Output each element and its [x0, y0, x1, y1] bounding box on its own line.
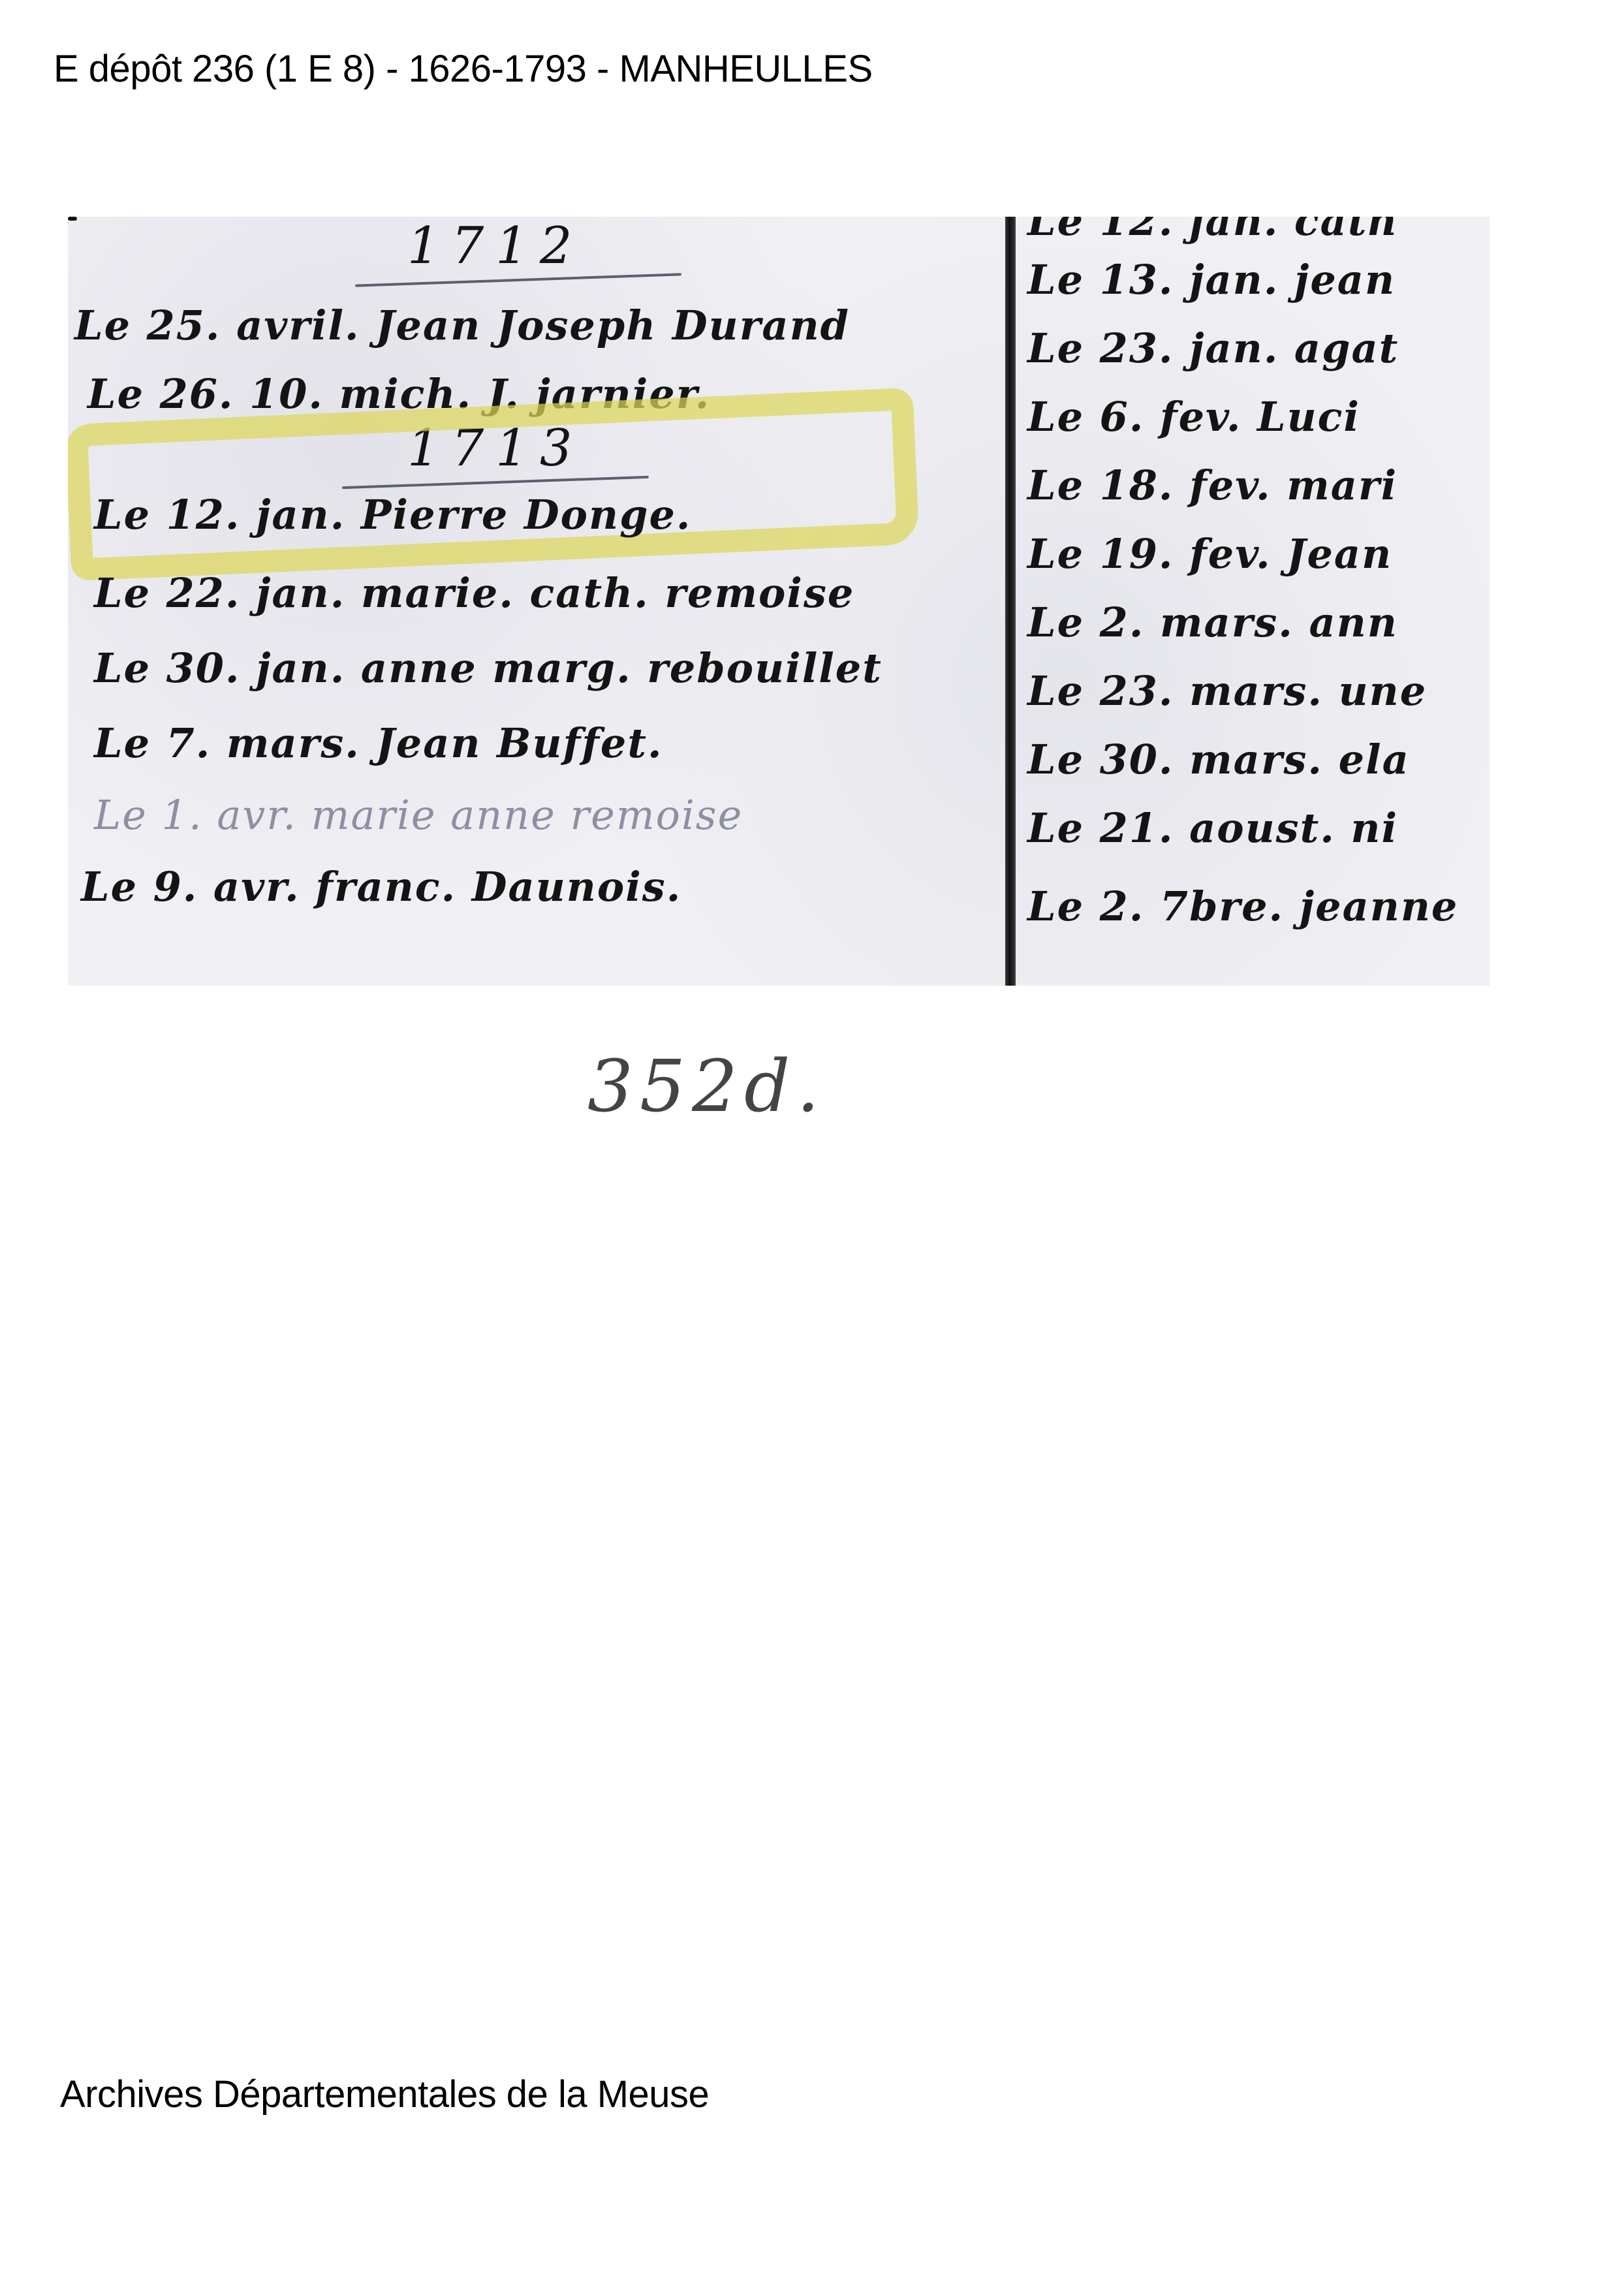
register-entry: Le 2. mars. ann: [1027, 599, 1398, 646]
register-entry: Le 6. fev. Luci: [1027, 393, 1360, 441]
highlighted-register-entry: Le 12. jan. Pierre Donge.: [94, 491, 692, 539]
register-entry: Le 7. mars. Jean Buffet.: [94, 719, 663, 767]
register-left-column: 1712 Le 25. avril. Jean Joseph Durand Le…: [68, 217, 1001, 986]
register-entry: Le 23. jan. agat: [1027, 324, 1399, 372]
register-entry: Le 2. 7bre. jeanne: [1027, 883, 1458, 930]
register-entry: Le 18. fev. mari: [1027, 461, 1398, 509]
register-entry: Le 30. jan. anne marg. rebouillet: [94, 644, 882, 692]
register-entry: Le 12. jan. cath: [1027, 217, 1399, 245]
register-entry: Le 9. avr. franc. Daunois.: [81, 863, 681, 911]
archive-footer: Archives Départementales de la Meuse: [60, 2072, 709, 2116]
register-entry: Le 21. aoust. ni: [1027, 804, 1398, 852]
register-scan-image: 1712 Le 25. avril. Jean Joseph Durand Le…: [68, 217, 1490, 986]
register-entry: Le 19. fev. Jean: [1027, 530, 1392, 578]
register-entry: Le 1. avr. marie anne remoise: [94, 791, 743, 839]
register-right-column: Le 12. jan. cath Le 13. jan. jean Le 23.…: [1021, 217, 1490, 986]
register-entry: Le 25. avril. Jean Joseph Durand: [74, 302, 850, 349]
year-heading-1712: 1712: [407, 217, 584, 275]
pencil-annotation: 352d.: [587, 1044, 826, 1128]
register-entry: Le 30. mars. ela: [1027, 736, 1410, 783]
register-entry: Le 13. jan. jean: [1027, 256, 1396, 304]
scan-corner-mark: [68, 217, 77, 221]
document-title: E dépôt 236 (1 E 8) - 1626-1793 - MANHEU…: [54, 47, 873, 91]
register-entry: Le 23. mars. une: [1027, 667, 1427, 715]
column-divider-line: [1005, 217, 1016, 986]
register-entry: Le 22. jan. marie. cath. remoise: [94, 569, 854, 617]
